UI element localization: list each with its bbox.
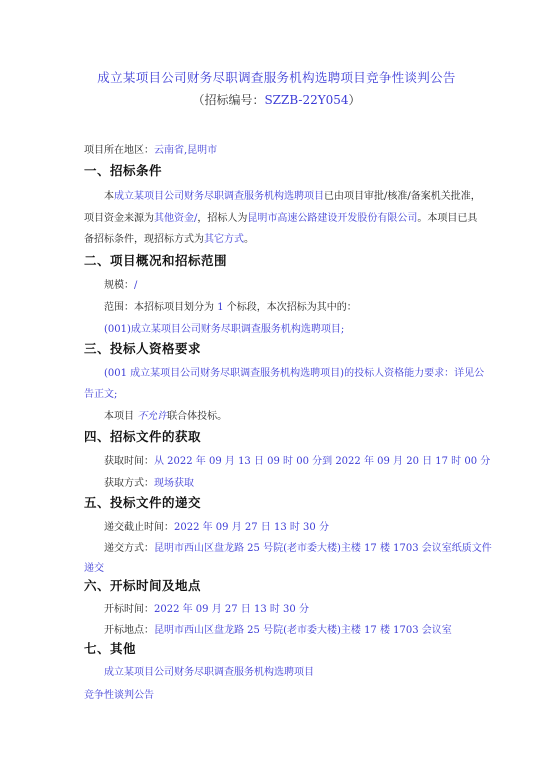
range-line: 范围：本招标项目划分为 1 个标段，本次招标为其中的： (104, 301, 468, 315)
text: 。本项目已具 (417, 213, 477, 224)
text: 已由项目审批/核准/备案机关批准， (324, 191, 481, 202)
acquire-method-value: 现场获取 (154, 478, 194, 489)
s1-line-1: 本成立某项目公司财务尽职调查服务机构选聘项目已由项目审批/核准/备案机关批准， (104, 190, 468, 204)
open-time-line: 开标时间：2022 年 09 月 27 日 13 时 30 分 (104, 603, 468, 617)
submit-method-label: 递交方式： (104, 543, 154, 554)
text: 本 (104, 191, 114, 202)
text: 联合体投标。 (167, 411, 227, 422)
tenderer-name: 昆明市高速公路建设开发股份有限公司 (247, 213, 417, 224)
other-line-1: 成立某项目公司财务尽职调查服务机构选聘项目 (104, 666, 468, 680)
fund-source: 其他资金/ (154, 213, 197, 224)
lot-item: (001)成立某项目公司财务尽职调查服务机构选聘项目; (104, 323, 468, 337)
document-page: 成立某项目公司财务尽职调查服务机构选聘项目竞争性谈判公告 （招标编号：SZZB-… (0, 0, 553, 782)
location-value: 云南省,昆明市 (154, 145, 217, 156)
project-name: 成立某项目公司财务尽职调查服务机构选聘项目 (114, 191, 324, 202)
joint-bid-value: 不允许 (137, 411, 167, 422)
deadline-value: 2022 年 09 月 27 日 13 时 30 分 (174, 522, 329, 533)
submit-method-line-2: 递交 (84, 562, 468, 576)
s1-line-2: 项目资金来源为其他资金/，招标人为昆明市高速公路建设开发股份有限公司。本项目已具 (84, 212, 468, 226)
qualification-line-1: (001 成立某项目公司财务尽职调查服务机构选聘项目)的投标人资格能力要求：详见… (104, 367, 468, 381)
open-place-line: 开标地点：昆明市西山区盘龙路 25 号院(老市委大楼)主楼 17 楼 1703 … (104, 624, 468, 638)
text: 个标段，本次招标为其中的： (227, 302, 357, 313)
section-6-heading: 六、开标时间及地点 (84, 579, 468, 593)
acquire-method-line: 获取方式：现场获取 (104, 477, 468, 491)
text: 本项目 (104, 411, 134, 422)
submit-method-value: 昆明市西山区盘龙路 25 号院(老市委大楼)主楼 17 楼 1703 会议室纸质… (154, 543, 492, 554)
open-time-value: 2022 年 09 月 27 日 13 时 30 分 (154, 604, 309, 615)
document-subtitle: （招标编号：SZZB-22Y054） (0, 91, 553, 108)
acquire-time-line: 获取时间：从 2022 年 09 月 13 日 09 时 00 分到 2022 … (104, 455, 468, 469)
lot-count: 1 (217, 302, 223, 313)
bid-number: SZZB-22Y054 (264, 93, 348, 107)
section-1-heading: 一、招标条件 (84, 164, 468, 178)
text: 。 (244, 234, 254, 245)
document-title: 成立某项目公司财务尽职调查服务机构选聘项目竞争性谈判公告 (0, 68, 553, 86)
section-5-heading: 五、投标文件的递交 (84, 496, 468, 510)
location-label: 项目所在地区： (84, 145, 154, 156)
deadline-label: 递交截止时间： (104, 522, 174, 533)
qualification-line-2: 告正文; (84, 388, 468, 402)
acquire-method-label: 获取方式： (104, 478, 154, 489)
other-line-2: 竞争性谈判公告 (84, 689, 468, 703)
acquire-time-label: 获取时间： (104, 456, 154, 467)
section-3-heading: 三、投标人资格要求 (84, 342, 468, 356)
section-2-heading: 二、项目概况和招标范围 (84, 254, 468, 268)
subtitle-prefix: （招标编号： (192, 93, 264, 107)
text: 项目资金来源为 (84, 213, 154, 224)
project-location: 项目所在地区：云南省,昆明市 (84, 144, 468, 158)
text: 范围：本招标项目划分为 (104, 302, 214, 313)
submit-method-line: 递交方式：昆明市西山区盘龙路 25 号院(老市委大楼)主楼 17 楼 1703 … (104, 542, 468, 556)
section-7-heading: 七、其他 (84, 642, 468, 656)
joint-bid-line: 本项目 不允许联合体投标。 (104, 410, 468, 424)
section-4-heading: 四、招标文件的获取 (84, 430, 468, 444)
tender-method: 其它方式 (204, 234, 244, 245)
text: 备招标条件，现招标方式为 (84, 234, 204, 245)
open-place-value: 昆明市西山区盘龙路 25 号院(老市委大楼)主楼 17 楼 1703 会议室 (154, 625, 452, 636)
scale-value: / (134, 280, 137, 291)
s1-line-3: 备招标条件，现招标方式为其它方式。 (84, 233, 468, 247)
scale-label: 规模： (104, 280, 134, 291)
text: ，招标人为 (197, 213, 247, 224)
scale-line: 规模：/ (104, 279, 468, 293)
open-place-label: 开标地点： (104, 625, 154, 636)
subtitle-suffix: ） (349, 93, 361, 107)
submit-deadline-line: 递交截止时间：2022 年 09 月 27 日 13 时 30 分 (104, 521, 468, 535)
acquire-time-value: 从 2022 年 09 月 13 日 09 时 00 分到 2022 年 09 … (154, 456, 490, 467)
open-time-label: 开标时间： (104, 604, 154, 615)
